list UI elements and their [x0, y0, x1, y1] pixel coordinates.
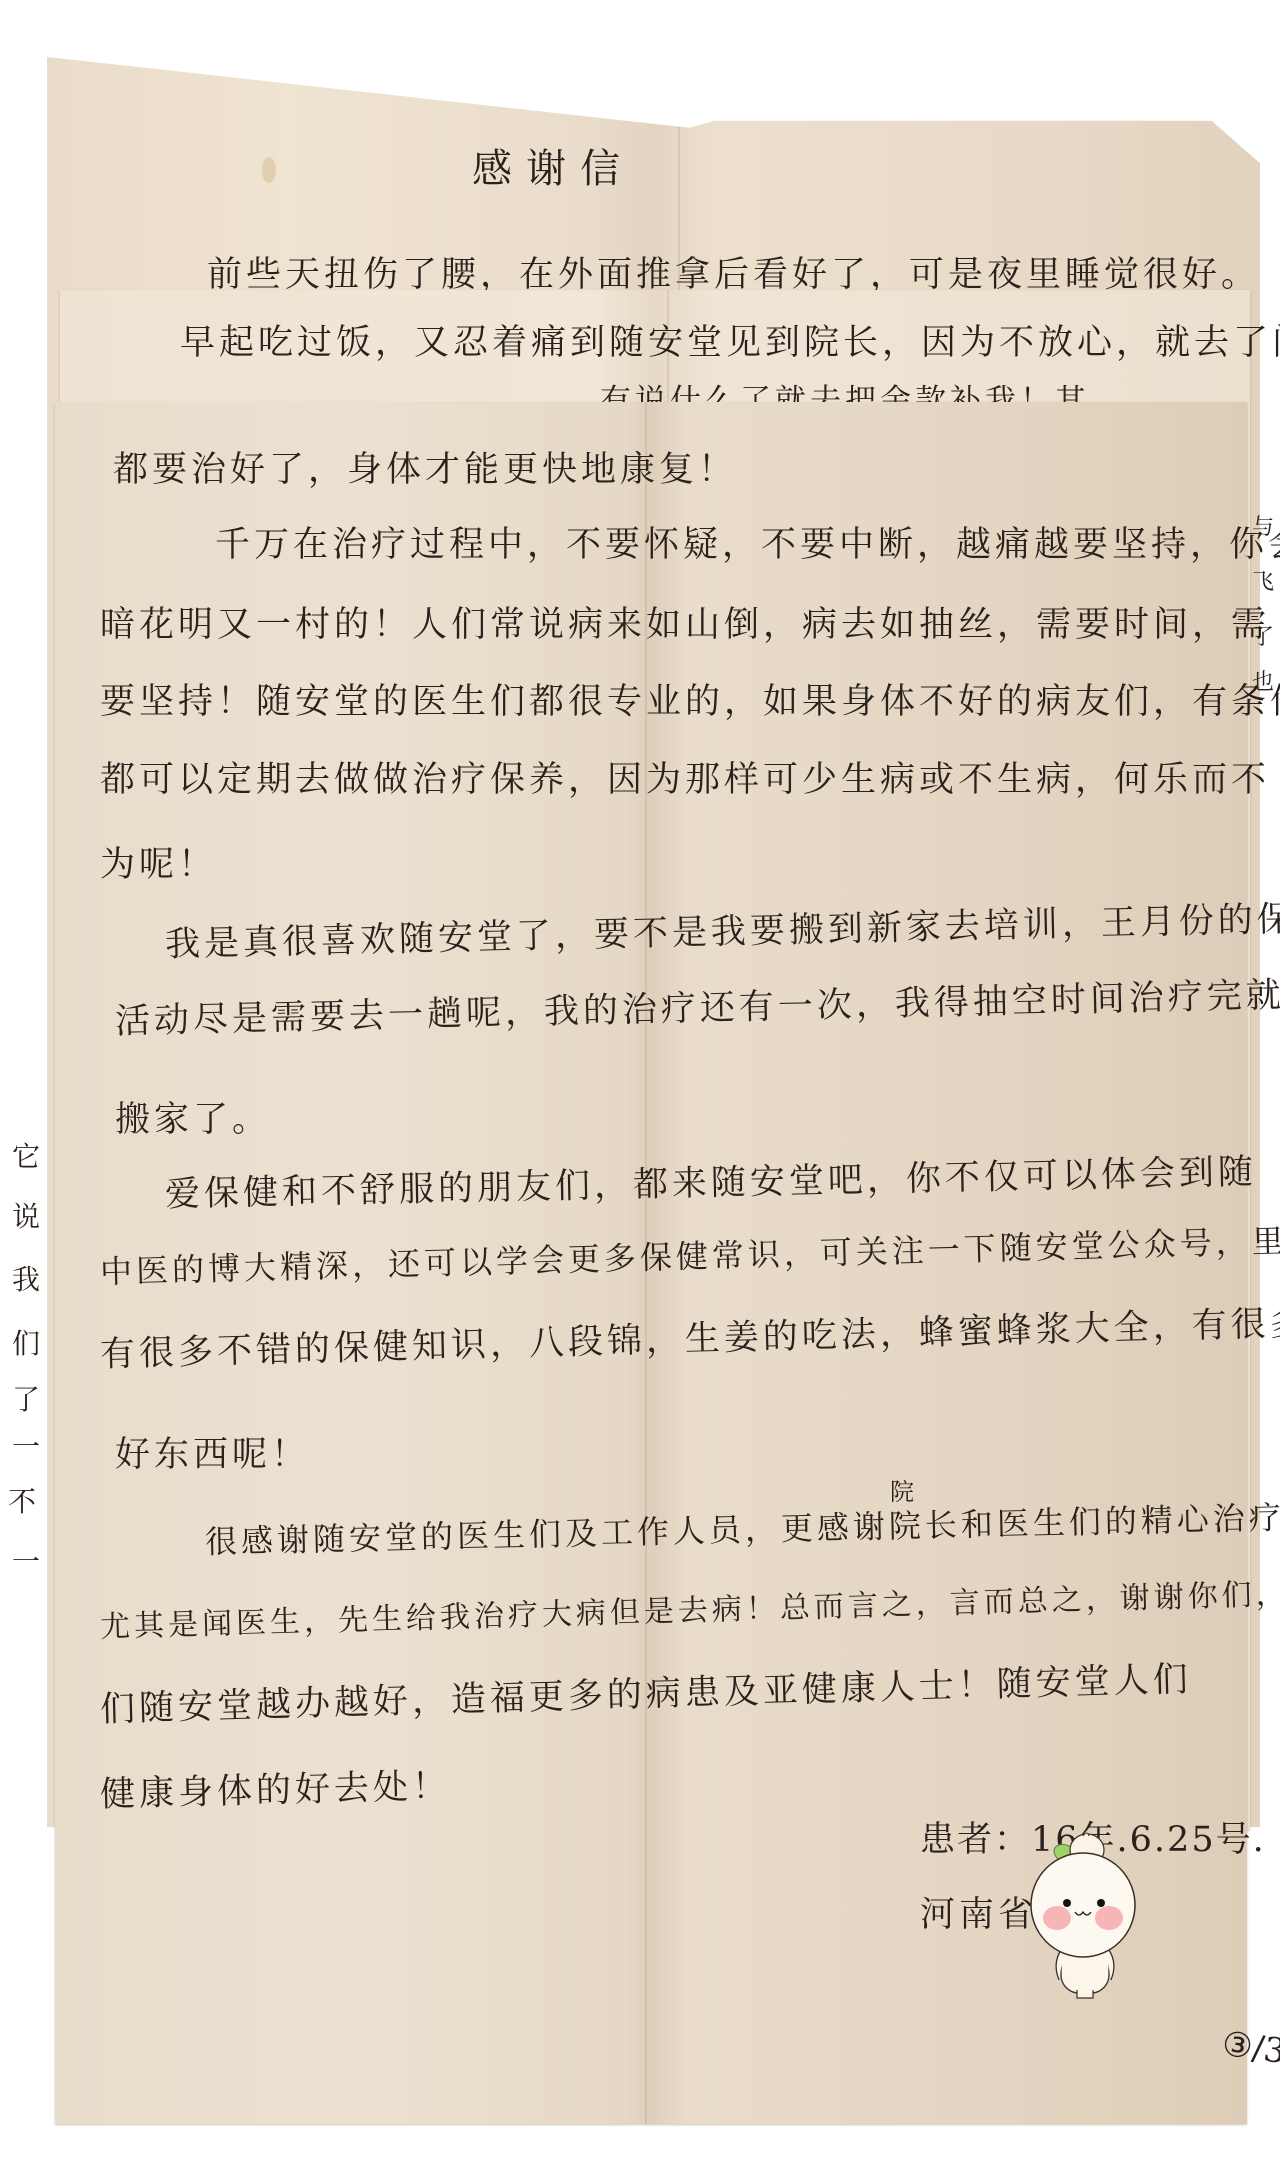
- mascot-sticker-icon: [1015, 1830, 1145, 2015]
- letter-line: 搬家了。: [115, 1092, 271, 1142]
- letter-line: 很感谢随安堂的医生们及工作人员，更感谢院长和医生们的精心治疗，: [204, 1492, 1280, 1563]
- letter-line: 有很多不错的保健知识，八段锦，生姜的吃法，蜂蜜蜂浆大全，有很多: [99, 1295, 1280, 1377]
- margin-char: 说: [12, 1195, 40, 1235]
- paper-stain: [262, 157, 276, 183]
- letter-line: 为呢！: [100, 837, 217, 887]
- middle-line-1: 早起吃过饭，又忍着痛到随安堂见到院长，因为不放心，就去了问: [180, 315, 1280, 365]
- margin-char: 了: [12, 1378, 40, 1418]
- letter-line: 要坚持！随安堂的医生们都很专业的，如果身体不好的病友们，有条件: [100, 674, 1280, 724]
- letter-line: 健康身体的好去处！: [99, 1758, 451, 1817]
- margin-char: 一: [12, 1540, 40, 1580]
- letter-line: 都可以定期去做做治疗保养，因为那样可少生病或不生病，何乐而不: [100, 752, 1270, 802]
- letter-line: 都要治好了，身体才能更快地康复！: [113, 442, 737, 492]
- letter-line: 尤其是闻医生，先生给我治疗大病但是去病！总而言之，言而总之，谢谢你们，祝你: [99, 1567, 1280, 1646]
- margin-char: 它: [12, 1135, 40, 1175]
- letter-title: 感谢信: [472, 137, 634, 194]
- letter-line: 千万在治疗过程中，不要怀疑，不要中断，越痛越要坚持，你会柳: [215, 517, 1280, 567]
- margin-char: 一: [12, 1425, 40, 1465]
- margin-char: 飞: [1252, 565, 1274, 596]
- letter-line: 爱保健和不舒服的朋友们，都来随安堂吧，你不仅可以体会到随: [164, 1144, 1257, 1217]
- letter-line: 我是真很喜欢随安堂了，要不是我要搬到新家去培训，王月份的保健: [164, 890, 1280, 967]
- letter-line: 暗花明又一村的！人们常说病来如山倒，病去如抽丝，需要时间，需: [100, 597, 1270, 647]
- letter-line: 活动尽是需要去一趟呢，我的治疗还有一次，我得抽空时间治疗完就去: [114, 967, 1280, 1044]
- letter-line: 好东西呢！: [115, 1427, 310, 1477]
- letter-line: 中医的博大精深，还可以学会更多保健常识，可关注一下随安堂公众号，里面: [99, 1215, 1280, 1293]
- margin-char: 我: [12, 1258, 40, 1298]
- margin-char: 们: [12, 1322, 40, 1362]
- margin-char: 不: [8, 1480, 36, 1520]
